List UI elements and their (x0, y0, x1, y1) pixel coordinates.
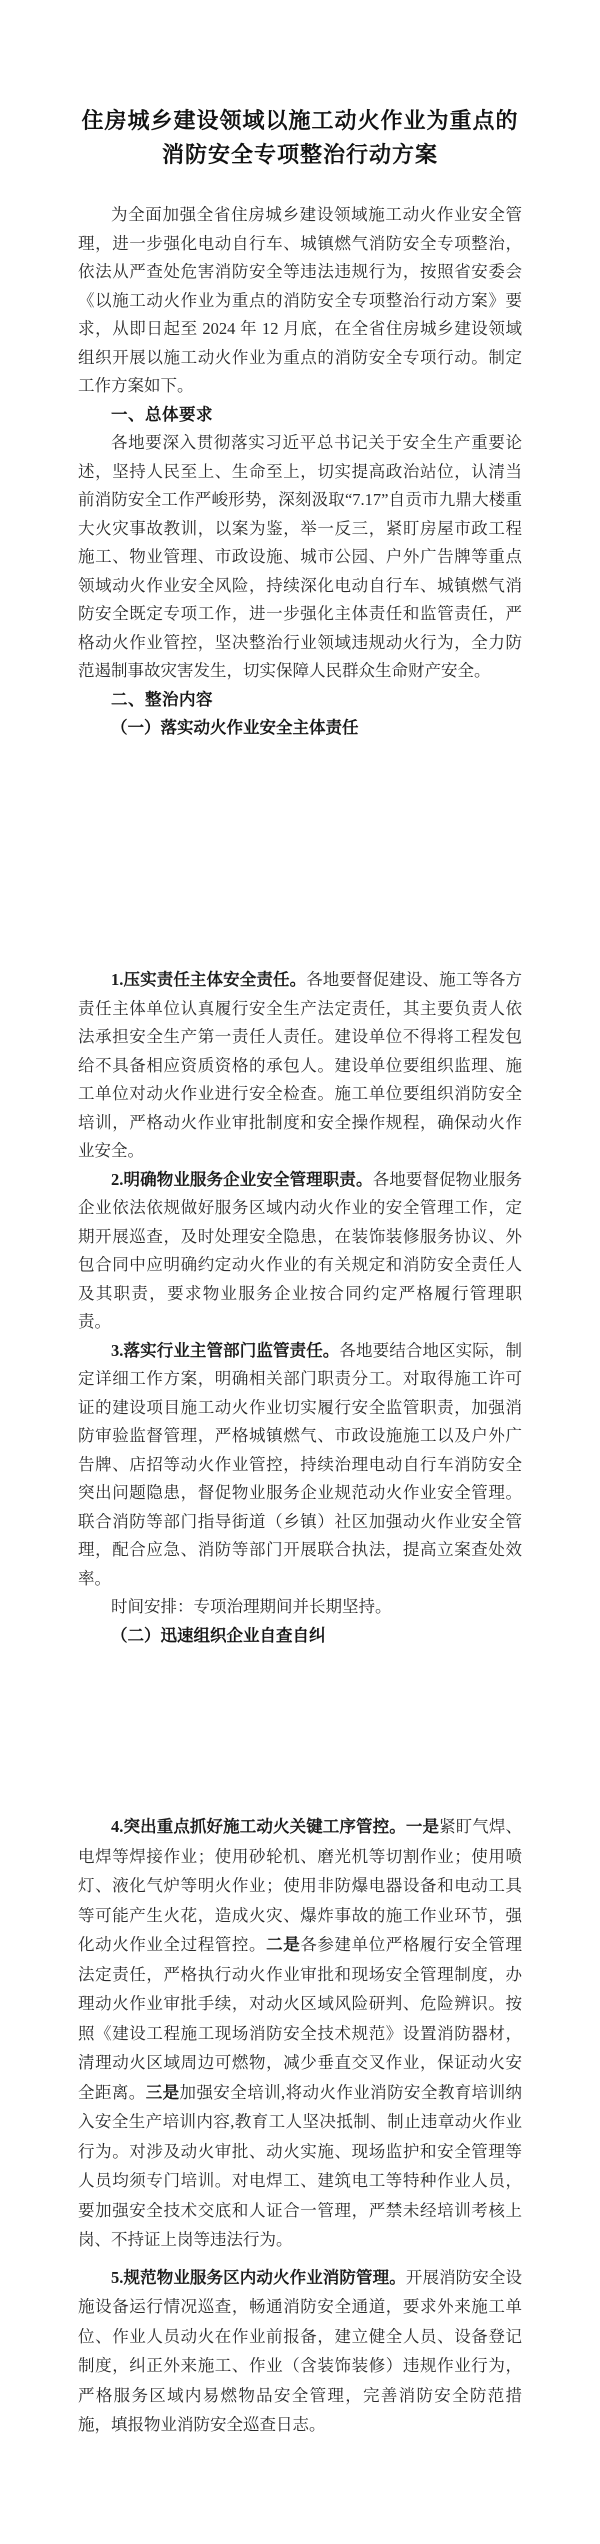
item-4-lead: 4.突出重点抓好施工动火关键工序管控。 (111, 1817, 406, 1836)
paragraph-overall-requirements: 各地要深入贯彻落实习近平总书记关于安全生产重要论述，坚持人民至上、生命至上，切实… (78, 429, 522, 686)
section-heading-rectification-content: 二、整治内容 (78, 686, 522, 715)
item-4-seg2-label: 二是 (266, 1935, 300, 1954)
item-4-key-process-control: 4.突出重点抓好施工动火关键工序管控。一是紧盯气焊、电焊等焊接作业；使用砂轮机、… (78, 1812, 522, 2255)
item-2-property-service: 2.明确物业服务企业安全管理职责。各地要督促物业服务企业依法依规做好服务区域内动… (78, 1166, 522, 1337)
item-3-text: 各地要结合地区实际，制定详细工作方案，明确相关部门职责分工。对取得施工许可证的建… (78, 1341, 522, 1588)
item-4-seg1-label: 一是 (406, 1817, 439, 1836)
document-page-1: 住房城乡建设领域以施工动火作业为重点的 消防安全专项整治行动方案 为全面加强全省… (0, 0, 600, 848)
subsection-heading-main-responsibility: （一）落实动火作业安全主体责任 (78, 714, 522, 743)
item-5-lead: 5.规范物业服务区内动火作业消防管理。 (111, 2268, 406, 2287)
document-title: 住房城乡建设领域以施工动火作业为重点的 消防安全专项整治行动方案 (78, 104, 522, 172)
document-page-3: 4.突出重点抓好施工动火关键工序管控。一是紧盯气焊、电焊等焊接作业；使用砂轮机、… (0, 1696, 600, 2544)
item-1-lead: 1.压实责任主体安全责任。 (111, 970, 306, 989)
item-4-seg1-text: 紧盯气焊、电焊等焊接作业；使用砂轮机、磨光机等切割作业；使用喷灯、液化气炉等明火… (78, 1817, 522, 1954)
document-page-2: 1.压实责任主体安全责任。各地要督促建设、施工等各方责任主体单位认真履行安全生产… (0, 848, 600, 1696)
item-5-property-fire-management: 5.规范物业服务区内动火作业消防管理。开展消防安全设施设备运行情况巡查，畅通消防… (78, 2263, 522, 2440)
schedule-note: 时间安排：专项治理期间并长期坚持。 (78, 1593, 522, 1622)
item-3-lead: 3.落实行业主管部门监管责任。 (111, 1341, 339, 1360)
item-5-text: 开展消防安全设施设备运行情况巡查，畅通消防安全通道，要求外来施工单位、作业人员动… (78, 2268, 522, 2435)
document-viewer: 住房城乡建设领域以施工动火作业为重点的 消防安全专项整治行动方案 为全面加强全省… (0, 0, 600, 2544)
item-4-seg3-label: 三是 (146, 2083, 180, 2102)
title-line-2: 消防安全专项整治行动方案 (78, 138, 522, 172)
item-3-regulatory-duty: 3.落实行业主管部门监管责任。各地要结合地区实际，制定详细工作方案，明确相关部门… (78, 1337, 522, 1594)
item-4-seg2-text: 各参建单位严格履行安全管理法定责任，严格执行动火作业审批和现场安全管理制度，办理… (78, 1935, 522, 2102)
title-line-1: 住房城乡建设领域以施工动火作业为重点的 (78, 104, 522, 138)
item-1-responsibility: 1.压实责任主体安全责任。各地要督促建设、施工等各方责任主体单位认真履行安全生产… (78, 966, 522, 1166)
section-heading-overall-requirements: 一、总体要求 (78, 401, 522, 430)
item-2-lead: 2.明确物业服务企业安全管理职责。 (111, 1170, 373, 1189)
item-2-text: 各地要督促物业服务企业依法依规做好服务区域内动火作业的安全管理工作，定期开展巡查… (78, 1170, 522, 1332)
paragraph-intro: 为全面加强全省住房城乡建设领域施工动火作业安全管理，进一步强化电动自行车、城镇燃… (78, 201, 522, 401)
item-1-text: 各地要督促建设、施工等各方责任主体单位认真履行安全生产法定责任，其主要负责人依法… (78, 970, 522, 1160)
subsection-heading-self-inspection: （二）迅速组织企业自查自纠 (78, 1622, 522, 1651)
item-4-seg3-text: 加强安全培训,将动火作业消防安全教育培训纳入安全生产培训内容,教育工人坚决抵制、… (78, 2083, 522, 2250)
